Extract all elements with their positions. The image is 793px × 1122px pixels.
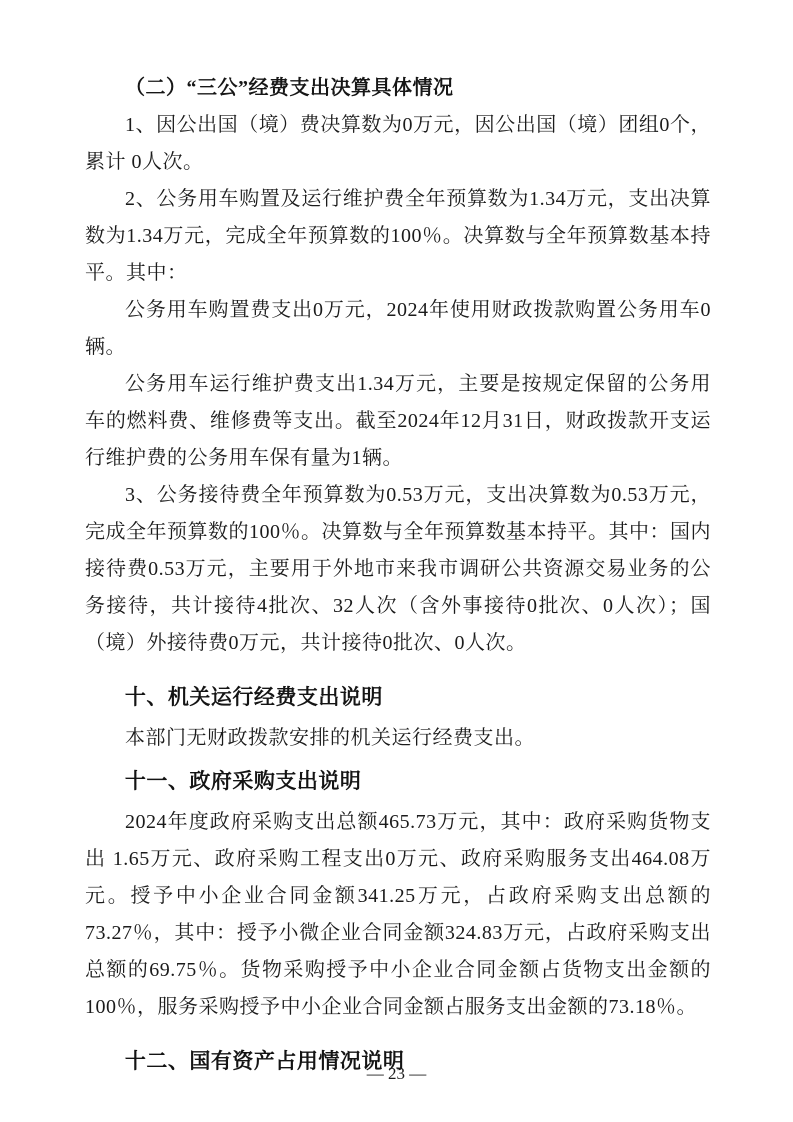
paragraph-operating-funds: 本部门无财政拨款安排的机关运行经费支出。 [85, 720, 711, 757]
paragraph-procurement: 2024年度政府采购支出总额465.73万元，其中：政府采购货物支出 1.65万… [85, 804, 711, 1026]
document-content: （二）“三公”经费支出决算具体情况 1、因公出国（境）费决算数为0万元，因公出国… [85, 70, 711, 1080]
section-heading-10-operating-funds: 十、机关运行经费支出说明 [85, 679, 711, 716]
paragraph-vehicle-maintenance: 公务用车运行维护费支出1.34万元，主要是按规定保留的公务用车的燃料费、维修费等… [85, 366, 711, 477]
subsection-heading-three-public: （二）“三公”经费支出决算具体情况 [85, 70, 711, 107]
section-heading-11-procurement: 十一、政府采购支出说明 [85, 763, 711, 800]
page-number-footer: — 23 — [0, 1064, 793, 1084]
paragraph-vehicle-purchase: 公务用车购置费支出0万元，2024年使用财政拨款购置公务用车0辆。 [85, 292, 711, 366]
paragraph-vehicle-budget: 2、公务用车购置及运行维护费全年预算数为1.34万元，支出决算数为1.34万元，… [85, 181, 711, 292]
document-page: （二）“三公”经费支出决算具体情况 1、因公出国（境）费决算数为0万元，因公出国… [0, 0, 793, 1122]
paragraph-overseas-travel: 1、因公出国（境）费决算数为0万元，因公出国（境）团组0个，累计 0人次。 [85, 107, 711, 181]
paragraph-official-reception: 3、公务接待费全年预算数为0.53万元，支出决算数为0.53万元，完成全年预算数… [85, 477, 711, 662]
